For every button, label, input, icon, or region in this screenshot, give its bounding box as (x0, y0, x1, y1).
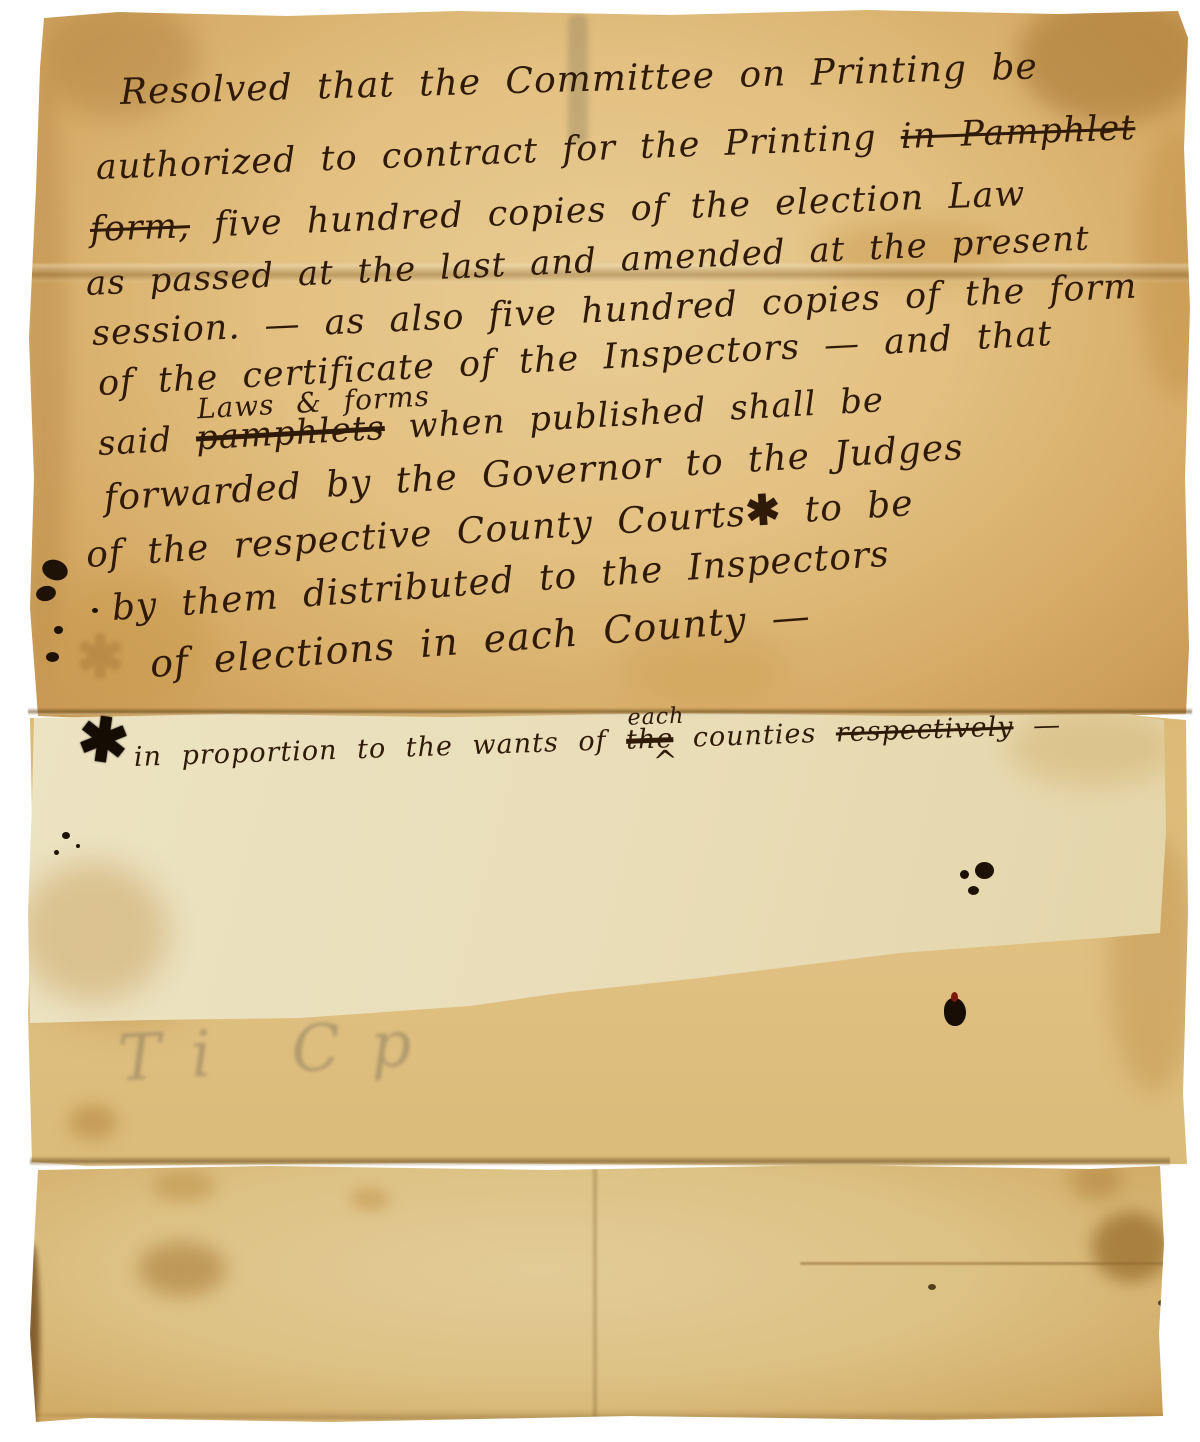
line-text: said (97, 419, 197, 464)
manuscript-line: Resolved that the Committee on Printing … (119, 46, 1038, 113)
line-text: counties (673, 718, 837, 755)
struck-text: in Pamphlet (900, 108, 1136, 157)
scanned-document: ✱ Ti Cp (0, 0, 1200, 1442)
caret-mark: ^ (652, 744, 679, 780)
handwriting-layer: Resolved that the Committee on Printing … (0, 0, 1200, 1442)
asterisk-mark: ✱ (744, 484, 782, 535)
struck-text: form, (89, 206, 191, 250)
line-text: in proportion to the wants of (133, 725, 626, 773)
struck-text: respectively (835, 711, 1014, 748)
line-text: authorized to contract for the Printing (95, 117, 901, 188)
inserted-text: each (627, 702, 685, 730)
line-text: — (1013, 710, 1062, 743)
footnote-asterisk-mark: ✱ (73, 703, 133, 779)
footnote-line: in proportion to the wants of theeach^ c… (133, 710, 1061, 773)
line-text: to be (779, 483, 915, 532)
